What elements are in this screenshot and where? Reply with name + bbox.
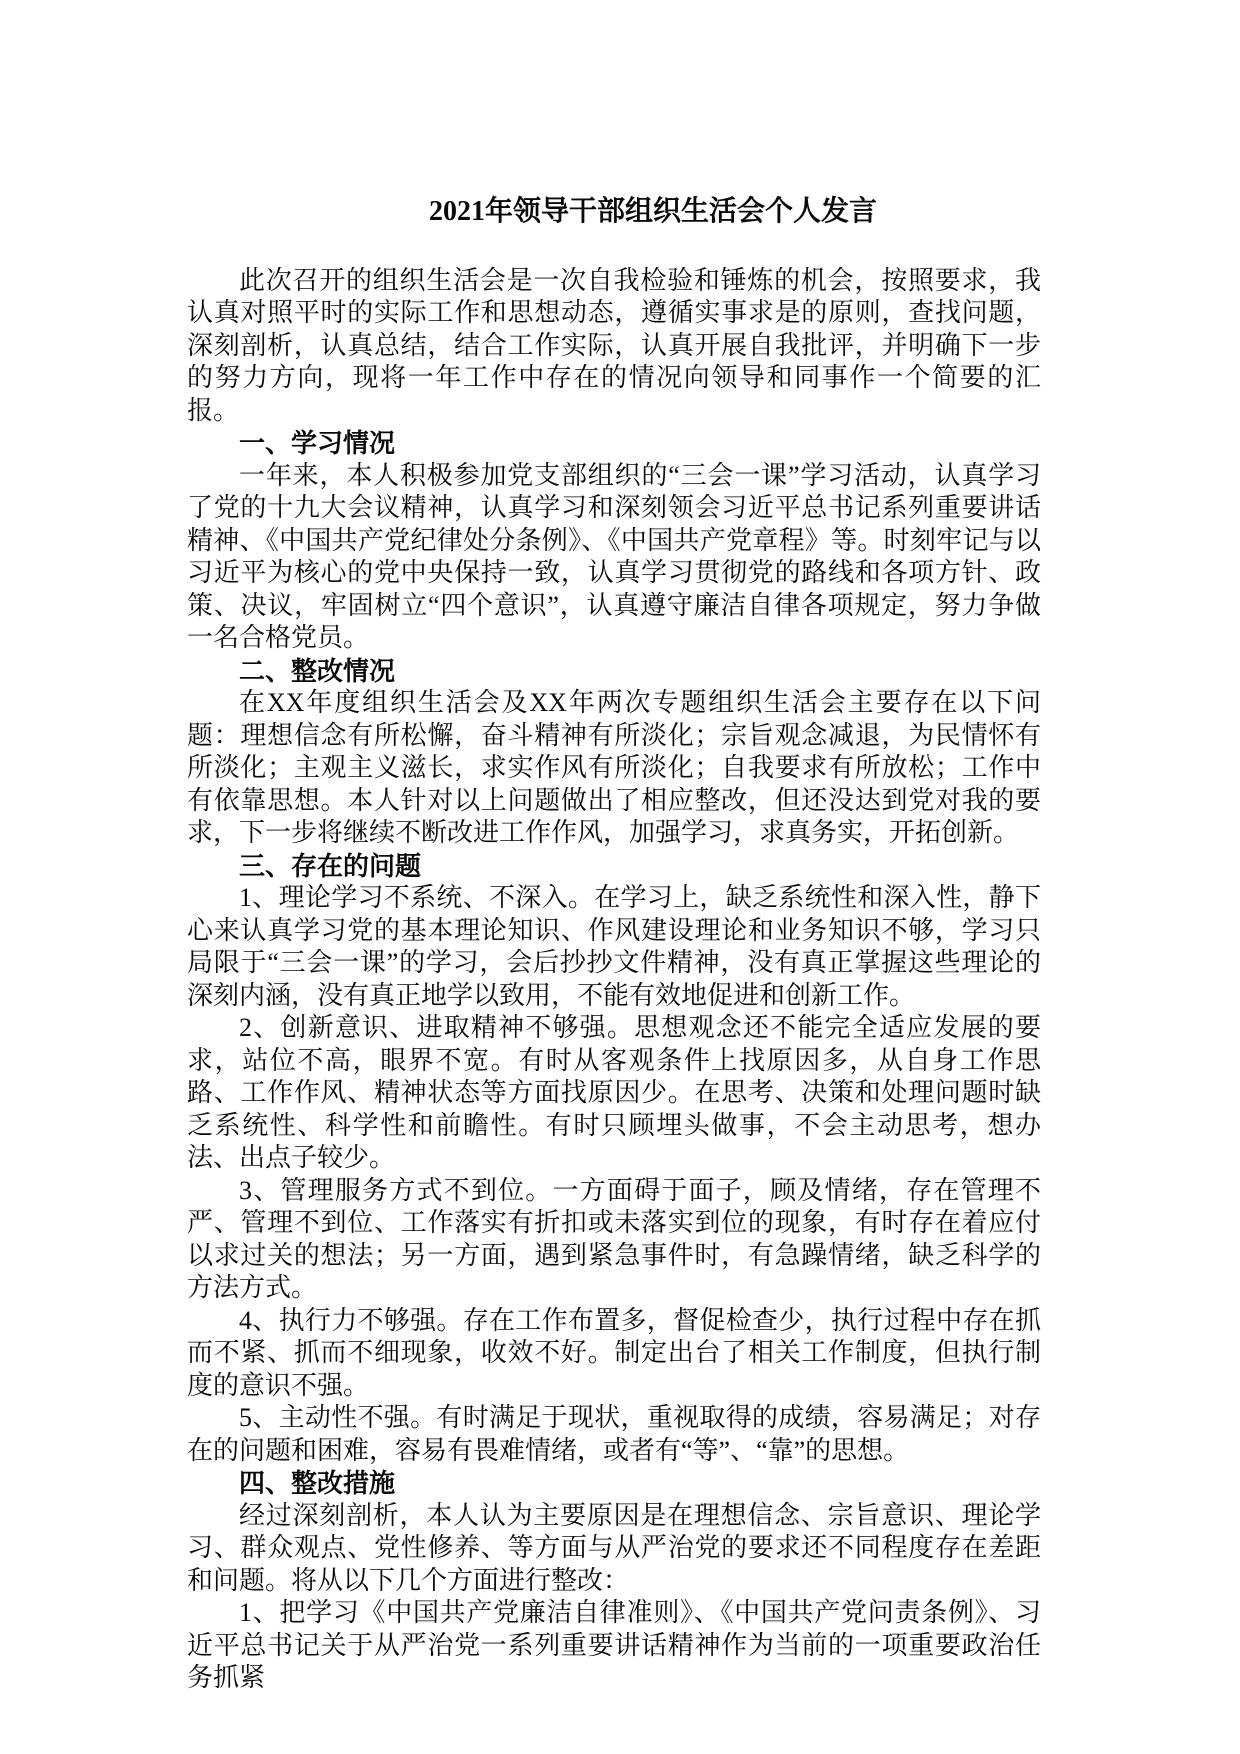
section-heading-problems: 三、存在的问题 (187, 850, 1041, 883)
document-body: 2021年领导干部组织生活会个人发言 此次召开的组织生活会是一次自我检验和锤炼的… (187, 196, 1041, 1695)
section-heading-measures: 四、整改措施 (187, 1467, 1041, 1500)
paragraph-measure-1: 1、把学习《中国共产党廉洁自律准则》、《中国共产党问责条例》、习近平总书记关于从… (187, 1597, 1041, 1695)
document-title: 2021年领导干部组织生活会个人发言 (187, 196, 1041, 229)
section-heading-study: 一、学习情况 (187, 427, 1041, 460)
paragraph-problem-4: 4、执行力不够强。存在工作布置多，督促检查少，执行过程中存在抓而不紧、抓而不细现… (187, 1305, 1041, 1403)
paragraph-problem-1: 1、理论学习不系统、不深入。在学习上，缺乏系统性和深入性，静下心来认真学习党的基… (187, 882, 1041, 1012)
paragraph-problem-2: 2、创新意识、进取精神不够强。思想观念还不能完全适应发展的要求，站位不高，眼界不… (187, 1012, 1041, 1175)
paragraph-rectify: 在XX年度组织生活会及XX年两次专题组织生活会主要存在以下问题：理想信念有所松懈… (187, 687, 1041, 850)
paragraph-problem-5: 5、主动性不强。有时满足于现状，重视取得的成绩，容易满足；对存在的问题和困难，容… (187, 1402, 1041, 1467)
section-heading-rectify: 二、整改情况 (187, 655, 1041, 688)
paragraph-problem-3: 3、管理服务方式不到位。一方面碍于面子，顾及情绪，存在管理不严、管理不到位、工作… (187, 1175, 1041, 1305)
paragraph-intro: 此次召开的组织生活会是一次自我检验和锤炼的机会，按照要求，我认真对照平时的实际工… (187, 265, 1041, 428)
document-page: 2021年领导干部组织生活会个人发言 此次召开的组织生活会是一次自我检验和锤炼的… (0, 0, 1240, 1754)
paragraph-study: 一年来，本人积极参加党支部组织的“三会一课”学习活动，认真学习了党的十九大会议精… (187, 460, 1041, 655)
paragraph-measures-intro: 经过深刻剖析，本人认为主要原因是在理想信念、宗旨意识、理论学习、群众观点、党性修… (187, 1500, 1041, 1598)
